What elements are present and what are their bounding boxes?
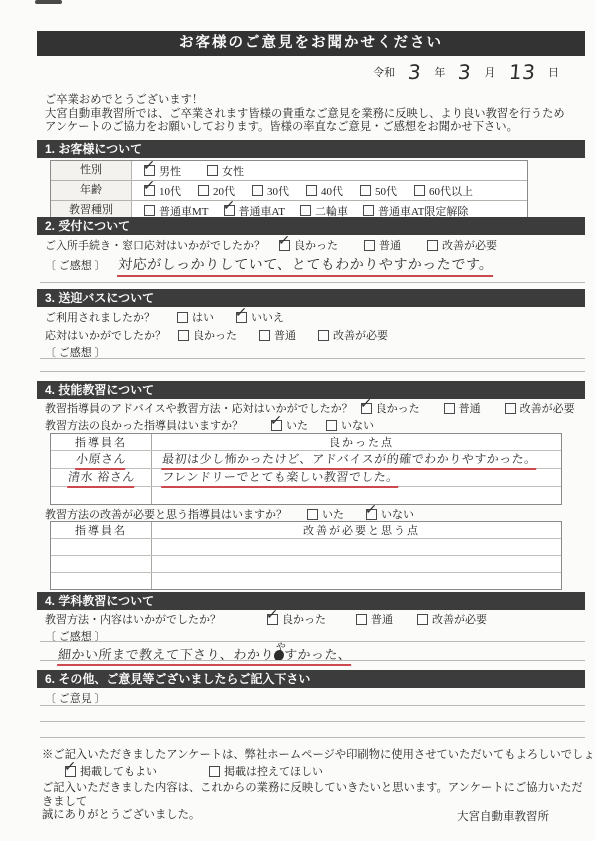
- checkbox-icon[interactable]: [307, 509, 318, 520]
- section3-q1-row: ご利用されましたか？ はい いいえ: [45, 310, 284, 324]
- checkbox-option[interactable]: 改善が必要: [505, 400, 575, 416]
- intro-line-2: 大宮自動車教習所では、ご卒業されます皆様の貴重なご意見を業務に反映し、より良い教…: [45, 108, 585, 122]
- ruled-line: [40, 721, 585, 722]
- option-label: 改善が必要: [520, 400, 575, 416]
- column-header: 指導員名: [51, 434, 152, 450]
- checkbox-option[interactable]: 掲載してもよい: [65, 763, 157, 779]
- inserted-char-above: や: [275, 638, 287, 653]
- section4-q1-row: 教習指導員のアドバイスや教習方法・応対はいかがでしたか？ 良かった 普通 改善が…: [45, 401, 575, 415]
- checkbox-icon[interactable]: [224, 205, 235, 216]
- checkbox-icon[interactable]: [444, 403, 455, 414]
- closing-line-1: ご記入いただきました内容は、これからの業務に反映していきたいと思います。アンケー…: [42, 782, 587, 809]
- checkbox-option[interactable]: 男性: [144, 163, 181, 179]
- row-label: 性別: [51, 161, 132, 180]
- table-row: 清水 裕さん フレンドリーでとても楽しい教習でした。: [51, 468, 561, 486]
- checkbox-option[interactable]: 普通: [259, 327, 296, 343]
- checkbox-icon[interactable]: [279, 240, 290, 251]
- option-label: 良かった: [193, 327, 237, 343]
- section4-q3-row: 教習方法の改善が必要と思う指導員はいますか？ いた いない: [45, 507, 414, 521]
- section5-header: 4. 学科教習について: [37, 592, 585, 610]
- checkbox-icon[interactable]: [306, 185, 317, 196]
- checkbox-icon[interactable]: [178, 330, 189, 341]
- option-label: 50代: [375, 183, 397, 199]
- option-label: 改善が必要: [333, 327, 388, 343]
- question-text: 教習方法の改善が必要と思う指導員はいますか？: [45, 506, 287, 522]
- ruled-line: [40, 737, 585, 738]
- checkbox-icon[interactable]: [198, 185, 209, 196]
- checkbox-option[interactable]: 40代: [306, 183, 343, 199]
- checkbox-option[interactable]: いない: [326, 417, 374, 433]
- ruled-line: [40, 660, 585, 661]
- checkbox-option[interactable]: 良かった: [178, 327, 237, 343]
- checkbox-icon[interactable]: [505, 403, 516, 414]
- publish-permission-question: ※ご記入いただきましたアンケートは、弊社ホームページや印刷物に使用させていただい…: [42, 749, 595, 763]
- checkbox-icon[interactable]: [144, 165, 155, 176]
- checkbox-option[interactable]: いない: [366, 506, 414, 522]
- checkbox-icon[interactable]: [252, 185, 263, 196]
- checkbox-option[interactable]: 良かった: [361, 400, 420, 416]
- option-label: いた: [286, 417, 308, 433]
- option-label: 普通: [459, 400, 481, 416]
- option-label: 60代以上: [429, 183, 473, 199]
- section2-question-row: ご入所手続き・窓口応対はいかがでしたか？ 良かった 普通 改善が必要: [45, 238, 497, 252]
- option-label: 普通: [274, 327, 296, 343]
- checkbox-option[interactable]: いた: [307, 506, 344, 522]
- checkbox-option[interactable]: 60代以上: [414, 183, 473, 199]
- customer-info-table: 性別 男性 女性 年齢 10代 20代 30代 40代 50代 60代以上 教習…: [50, 160, 528, 221]
- section2-comment-row: 〔 ご感想 〕 対応がしっかりしていて、とてもわかりやすかったです。: [45, 254, 493, 277]
- publish-options-row: 掲載してもよい 掲載は控えてほしい: [65, 764, 323, 778]
- handwritten-text: 細かい所まで教えて下さり、わかりやすかった、: [57, 644, 352, 666]
- section1-header: 1. お客様について: [37, 140, 585, 158]
- section3-q2-row: 応対はいかがでしたか？ 良かった 普通 改善が必要: [45, 328, 388, 342]
- date-month-handwritten: 3: [457, 60, 472, 84]
- date-day-handwritten: 13: [507, 60, 536, 84]
- table-header-row: 指導員名 良かった点: [51, 434, 561, 450]
- table-header-row: 指導員名 改善が必要と思う点: [51, 522, 561, 538]
- date-day-unit: 日: [548, 67, 559, 79]
- checkbox-option[interactable]: 改善が必要: [318, 327, 388, 343]
- question-text: 教習方法の良かった指導員はいますか？: [45, 417, 243, 433]
- option-label: 男性: [159, 163, 181, 179]
- survey-form-scan: お客様のご意見をお聞かせください 令和 3 年 3 月 13 日 ご卒業おめでと…: [0, 0, 595, 841]
- option-label: 30代: [267, 183, 289, 199]
- option-label: 女性: [222, 163, 244, 179]
- table-row-gender: 性別 男性 女性: [51, 161, 527, 180]
- question-text: ご利用されましたか？: [45, 309, 155, 325]
- question-text: 教習方法・内容はいかがでしたか？: [45, 611, 221, 627]
- table-row-empty: [51, 538, 561, 555]
- ruled-line: [40, 705, 585, 706]
- checkbox-icon[interactable]: [144, 205, 155, 216]
- checkbox-icon[interactable]: [259, 330, 270, 341]
- checkbox-option[interactable]: 20代: [198, 183, 235, 199]
- checkbox-icon[interactable]: [364, 240, 375, 251]
- checkbox-option[interactable]: 女性: [207, 163, 244, 179]
- checkbox-option[interactable]: 改善が必要: [427, 237, 497, 253]
- checkbox-icon[interactable]: [318, 330, 329, 341]
- checkbox-option[interactable]: 30代: [252, 183, 289, 199]
- handwritten-instructor-name: 清水 裕さん: [67, 468, 136, 488]
- table-row-age: 年齢 10代 20代 30代 40代 50代 60代以上: [51, 180, 527, 200]
- checkbox-icon[interactable]: [177, 312, 188, 323]
- row-label: 年齢: [51, 181, 132, 200]
- checkbox-icon[interactable]: [356, 614, 367, 625]
- date-field: 令和 3 年 3 月 13 日: [37, 60, 585, 90]
- checkbox-icon[interactable]: [366, 509, 377, 520]
- ruled-line: [40, 358, 585, 359]
- option-label: いいえ: [251, 309, 284, 325]
- option-label: 改善が必要: [432, 611, 487, 627]
- section4-header: 4. 技能教習について: [37, 381, 585, 399]
- checkbox-option[interactable]: 良かった: [267, 611, 326, 627]
- section6-header: 6. その他、ご意見等ございましたらご記入下さい: [37, 670, 585, 688]
- signature-school-name: 大宮自動車教習所: [37, 808, 549, 824]
- checkbox-option[interactable]: 普通: [356, 611, 393, 627]
- checkbox-option[interactable]: 10代: [144, 183, 181, 199]
- option-label: 掲載してもよい: [80, 763, 157, 779]
- checkbox-option[interactable]: 50代: [360, 183, 397, 199]
- intro-paragraph: ご卒業おめでとうございます！ 大宮自動車教習所では、ご卒業されます皆様の貴重なご…: [45, 94, 585, 135]
- checkbox-icon[interactable]: [361, 403, 372, 414]
- option-label: はい: [192, 309, 214, 325]
- ruled-line: [40, 641, 585, 642]
- option-label: 10代: [159, 183, 181, 199]
- column-header: 改善が必要と思う点: [152, 522, 561, 538]
- handwritten-instructor-name: 小原さん: [75, 450, 127, 470]
- option-label: いた: [322, 506, 344, 522]
- option-label: いない: [341, 417, 374, 433]
- table-row-empty: [51, 555, 561, 572]
- form-title: お客様のご意見をお聞かせください: [37, 31, 585, 56]
- handwritten-comment: 最初は少し怖かったけど、アドバイスが的確でわかりやすかった。: [161, 450, 537, 470]
- checkbox-icon[interactable]: [271, 420, 282, 431]
- option-label: いない: [381, 506, 414, 522]
- comment-label: 〔 ご感想 〕: [45, 260, 106, 272]
- date-month-unit: 月: [485, 67, 496, 79]
- option-label: 良かった: [376, 400, 420, 416]
- checkbox-icon[interactable]: [65, 766, 76, 777]
- section5-question-row: 教習方法・内容はいかがでしたか？ 良かった 普通 改善が必要: [45, 612, 487, 626]
- section4-q2-row: 教習方法の良かった指導員はいますか？ いた いない: [45, 418, 374, 432]
- checkbox-icon[interactable]: [300, 205, 311, 216]
- handwritten-comment: 対応がしっかりしていて、とてもわかりやすかったです。: [116, 254, 494, 277]
- section5-handwritten-comment: 細かい所まで教えて下さり、わかりやすかった、: [58, 644, 352, 666]
- section3-header: 3. 送迎バスについて: [37, 289, 585, 307]
- checkbox-icon[interactable]: [209, 766, 220, 777]
- checkbox-icon[interactable]: [326, 420, 337, 431]
- option-label: 40代: [321, 183, 343, 199]
- option-label: 良かった: [294, 237, 338, 253]
- checkbox-option[interactable]: いいえ: [236, 309, 284, 325]
- checkbox-icon[interactable]: [144, 185, 155, 196]
- checkbox-icon[interactable]: [417, 614, 428, 625]
- section2-header: 2. 受付について: [37, 217, 585, 235]
- checkbox-icon[interactable]: [236, 312, 247, 323]
- option-label: 良かった: [282, 611, 326, 627]
- comment-label: 〔 ご意見 〕: [45, 690, 106, 706]
- checkbox-icon[interactable]: [414, 185, 425, 196]
- checkbox-option[interactable]: 改善が必要: [417, 611, 487, 627]
- option-label: 改善が必要: [442, 237, 497, 253]
- checkbox-option[interactable]: はい: [177, 309, 214, 325]
- table-row: 小原さん 最初は少し怖かったけど、アドバイスが的確でわかりやすかった。: [51, 450, 561, 468]
- option-label: 掲載は控えてほしい: [224, 763, 323, 779]
- date-year-unit: 年: [434, 67, 445, 79]
- improve-instructor-table: 指導員名 改善が必要と思う点: [50, 521, 562, 590]
- question-text: ご入所手続き・窓口応対はいかがでしたか？: [45, 237, 265, 253]
- column-header: 良かった点: [152, 434, 561, 450]
- option-label: 普通: [371, 611, 393, 627]
- checkbox-option[interactable]: 普通: [444, 400, 481, 416]
- scan-artifact: [35, 0, 62, 4]
- checkbox-option[interactable]: 掲載は控えてほしい: [209, 763, 323, 779]
- table-row-empty: [51, 572, 561, 589]
- question-text: 教習指導員のアドバイスや教習方法・応対はいかがでしたか？: [45, 400, 353, 416]
- intro-line-1: ご卒業おめでとうございます！: [45, 94, 585, 108]
- date-year-handwritten: 3: [407, 60, 422, 84]
- question-text: 応対はいかがでしたか？: [45, 327, 166, 343]
- column-header: 指導員名: [51, 522, 152, 538]
- option-label: 普通: [379, 237, 401, 253]
- checkbox-icon[interactable]: [427, 240, 438, 251]
- table-row-empty: [51, 486, 561, 504]
- checkbox-icon[interactable]: [207, 165, 218, 176]
- date-era-label: 令和: [373, 67, 395, 79]
- handwritten-comment: フレンドリーでとても楽しい教習でした。: [161, 468, 399, 488]
- option-label: 20代: [213, 183, 235, 199]
- checkbox-icon[interactable]: [360, 185, 371, 196]
- intro-line-3: アンケートのご協力をお願いしております。皆様の率直なご意見・ご感想をお聞かせ下さ…: [45, 121, 585, 135]
- checkbox-icon[interactable]: [363, 205, 374, 216]
- checkbox-option[interactable]: 良かった: [279, 237, 338, 253]
- good-instructor-table: 指導員名 良かった点 小原さん 最初は少し怖かったけど、アドバイスが的確でわかり…: [50, 433, 562, 505]
- ruled-line: [40, 282, 585, 283]
- checkbox-option[interactable]: 普通: [364, 237, 401, 253]
- ruled-line: [40, 371, 585, 372]
- checkbox-option[interactable]: いた: [271, 417, 308, 433]
- checkbox-icon[interactable]: [267, 614, 278, 625]
